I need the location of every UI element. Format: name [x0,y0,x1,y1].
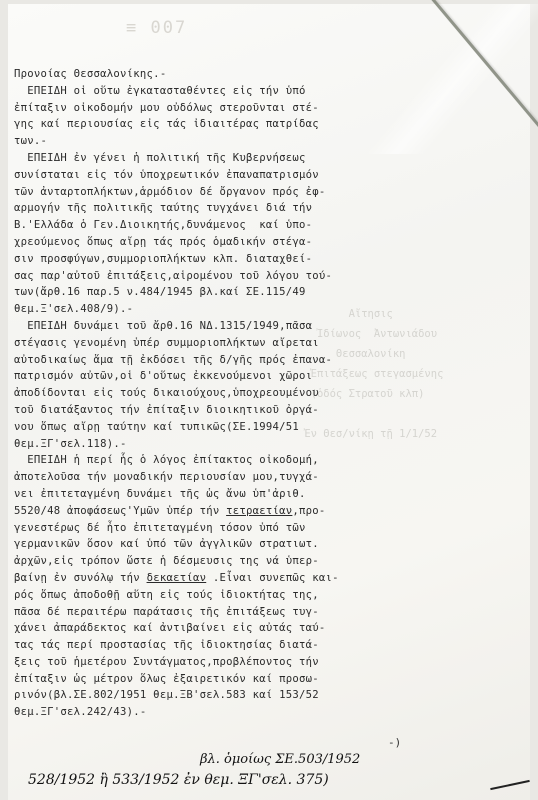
text-line: σιν προσφύγων,συμμοριοπλήκτων κλπ. διατα… [14,251,394,268]
text-line: ΕΠΕΙΔΗ δυνάμει τοῦ ἄρθ.16 ΝΔ.1315/1949,π… [14,318,394,335]
text-line: Β.'Ελλάδα ὁ Γεν.Διοικητής,δυνάμενος καί … [14,217,394,234]
text-line: χρεούμενος ὅπως αἴρῃ τάς πρός ὁμαδικήν σ… [14,234,394,251]
text-line: ΕΠΕΙΔΗ ἐν γένει ἡ πολιτική τῆς Κυβερνήσε… [14,150,394,167]
text-line: τοῦ διατάξαντος τήν ἐπίταξιν διοικητικοῦ… [14,402,394,419]
handwritten-note-line-2: 528/1952 ἢ 533/1952 ἐν θεμ. ΞΓ'σελ. 375) [28,772,329,788]
text-line: θεμ.ΞΓ'σελ.242/43).- [14,704,394,721]
text-line: χάνει ἀπαράδεκτος καί ἀντιβαίνει εἰς αὐτ… [14,620,394,637]
text-line: πατρισμόν αὐτῶν,οἱ δ'οὕτως ἐκκενούμενοι … [14,368,394,385]
handwritten-note-line-1: βλ. ὁμοίως ΣΕ.503/1952 [200,752,360,767]
corner-crease [490,780,530,790]
text-line: γενεστέρως δέ ἦτο ἐπιτεταγμένη τόσον ὑπό… [14,520,394,537]
text-line: θεμ.Ξ'σελ.408/9).- [14,301,394,318]
text-line: ρινόν(βλ.ΣΕ.802/1951 θεμ.ΞΒ'σελ.583 καί … [14,687,394,704]
text-line: ἐπίταξιν οἰκοδομήν μου οὐδόλως στεροῦντα… [14,100,394,117]
text-line: ἀρχῶν,εἰς τρόπον ὥστε ἡ δέσμευσις της νά… [14,553,394,570]
typewritten-body: Προνοίας Θεσσαλονίκης.- ΕΠΕΙΔΗ οἱ οὕτω ἐ… [14,66,394,721]
text-line: ἀποδίδονται εἰς τούς δικαιούχους,ὑποχρεο… [14,385,394,402]
text-line: στέγασις γενομένη ὑπέρ συμμοριοπλήκτων α… [14,335,394,352]
text-line: ΕΠΕΙΔΗ ἡ περί ἧς ὁ λόγος ἐπίτακτος οἰκοδ… [14,452,394,469]
text-line: γης καί περιουσίας εἰς τάς ἰδιαιτέρας πα… [14,116,394,133]
text-line: Προνοίας Θεσσαλονίκης.- [14,66,394,83]
text-line: βαίνῃ ἐν συνόλῳ τήν δεκαετίαν .Εἶναι συν… [14,570,394,587]
margin-mark: -) [388,736,401,749]
text-line: γερμανικῶν ὅσον καί ὑπό τῶν ἀγγλικῶν στρ… [14,536,394,553]
text-line: των(ἄρθ.16 παρ.5 ν.484/1945 βλ.καί ΣΕ.11… [14,284,394,301]
text-line: σας παρ'αὐτοῦ ἐπιτάξεις,αἱρομένου τοῦ λό… [14,268,394,285]
faint-stamp: ≡ 007 [126,18,187,38]
underlined-word: τετραετίαν [226,505,292,517]
text-line: πᾶσα δέ περαιτέρω παράτασις τῆς ἐπιτάξεω… [14,604,394,621]
text-line: 5520/48 ἀποφάσεως'Υμῶν ὑπέρ τήν τετραετί… [14,503,394,520]
text-line: ΕΠΕΙΔΗ οἱ οὕτω ἐγκατασταθέντες εἰς τήν ὑ… [14,83,394,100]
text-line: νει ἐπιτεταγμένη δυνάμει τῆς ὡς ἄνω ὑπ'ἀ… [14,486,394,503]
underlined-word: δεκαετίαν [147,572,207,584]
text-line: τας τάς περί προστασίας τῆς ἰδιοκτησίας … [14,637,394,654]
text-line: ρός ὅπως ἀποδοθῇ αὕτη εἰς τούς ἰδιοκτήτα… [14,587,394,604]
text-line: ἀποτελοῦσα τήν μοναδικήν περιουσίαν μου,… [14,469,394,486]
text-line: των.- [14,133,394,150]
text-line: νου ὅπως αἴρῃ ταύτην καί τυπικῶς(ΣΕ.1994… [14,419,394,436]
text-line: αρμογήν τῆς πολιτικῆς ταύτης τυγχάνει δι… [14,200,394,217]
text-line: τῶν ἀνταρτοπλήκτων,ἁρμόδιον δέ ὄργανον π… [14,184,394,201]
text-line: θεμ.ΞΓ'σελ.118).- [14,436,394,453]
text-line: ξεις τοῦ ἡμετέρου Συντάγματος,προβλέποντ… [14,654,394,671]
text-line: αὐτοδικαίως ἅμα τῇ ἐκδόσει τῆς δ/γῆς πρό… [14,352,394,369]
text-line: συνίσταται εἰς τόν ὑποχρεωτικόν ἐπαναπατ… [14,167,394,184]
text-line: ἐπίταξιν ὡς μέτρον ὅλως ἐξαιρετικόν καί … [14,671,394,688]
